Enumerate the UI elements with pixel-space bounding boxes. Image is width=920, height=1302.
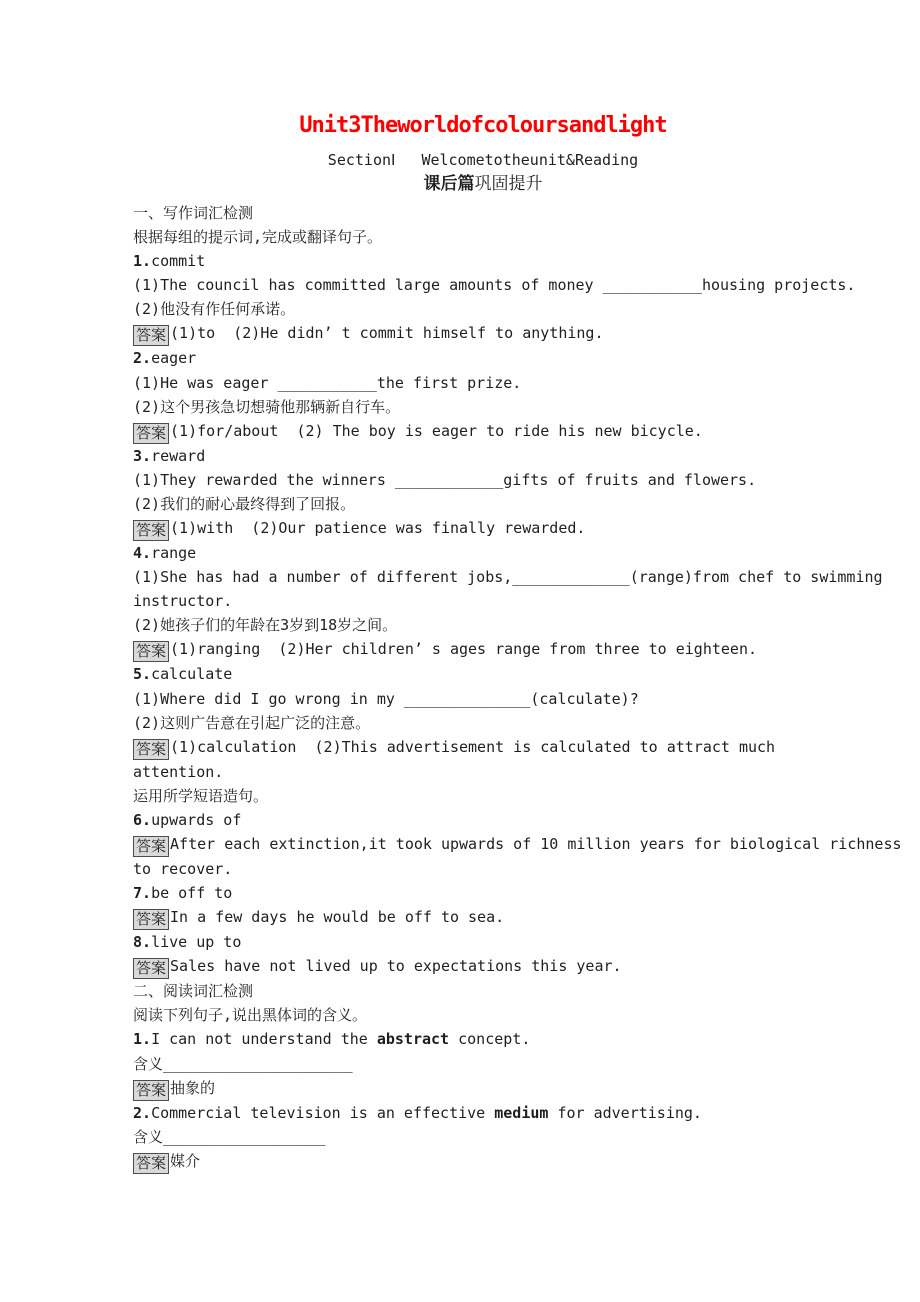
text-segment: (2)这则广告意在引起广泛的注意。 (133, 714, 370, 732)
subtitle: 课后篇巩固提升 (133, 172, 833, 197)
text-segment: (1)ranging (2)Her children’ s ages range… (170, 640, 757, 658)
document-line: (2)我们的耐心最终得到了回报。 (133, 492, 833, 516)
bold-text-segment: 2. (133, 1104, 151, 1122)
text-segment: I can not understand the (151, 1030, 377, 1048)
answer-badge: 答案 (133, 958, 169, 979)
text-segment: calculate (151, 665, 232, 683)
document-line: 2.Commercial television is an effective … (133, 1101, 833, 1125)
text-segment: (1)calculation (2)This advertisement is … (170, 738, 775, 756)
text-segment: (1)to (2)He didn’ t commit himself to an… (170, 324, 603, 342)
document-line: 1.commit (133, 249, 833, 273)
text-segment: 含义__________________ (133, 1128, 326, 1146)
document-line: 答案媒介 (133, 1149, 833, 1174)
document-body: 一、写作词汇检测根据每组的提示词,完成或翻译句子。1.commit(1)The … (133, 201, 833, 1174)
document-line: 含义__________________ (133, 1125, 833, 1149)
document-line: 答案(1)with (2)Our patience was finally re… (133, 516, 833, 541)
bold-text-segment: 2. (133, 349, 151, 367)
text-segment: 含义_____________________ (133, 1055, 353, 1073)
document-line: (1)She has had a number of different job… (133, 565, 833, 589)
bold-text-segment: medium (494, 1104, 548, 1122)
document-line: 答案(1)calculation (2)This advertisement i… (133, 735, 833, 760)
text-segment: Commercial television is an effective (151, 1104, 494, 1122)
document-line: 6.upwards of (133, 808, 833, 832)
text-segment: (2)这个男孩急切想骑他那辆新自行车。 (133, 398, 400, 416)
document-line: (1)They rewarded the winners ___________… (133, 468, 833, 492)
document-line: 运用所学短语造句。 (133, 784, 833, 808)
bold-text-segment: 1. (133, 252, 151, 270)
answer-badge: 答案 (133, 909, 169, 930)
answer-badge: 答案 (133, 739, 169, 760)
document-line: 阅读下列句子,说出黑体词的含义。 (133, 1003, 833, 1027)
bold-text-segment: 7. (133, 884, 151, 902)
text-segment: In a few days he would be off to sea. (170, 908, 504, 926)
document-line: 7.be off to (133, 881, 833, 905)
bold-text-segment: 8. (133, 933, 151, 951)
document-line: (2)这则广告意在引起广泛的注意。 (133, 711, 833, 735)
text-segment: (2)她孩子们的年龄在3岁到18岁之间。 (133, 616, 397, 634)
bold-text-segment: abstract (377, 1030, 449, 1048)
text-segment: (1)with (2)Our patience was finally rewa… (170, 519, 585, 537)
text-segment: (1)Where did I go wrong in my __________… (133, 690, 639, 708)
answer-badge: 答案 (133, 1080, 169, 1101)
document-line: 2.eager (133, 346, 833, 370)
text-segment: be off to (151, 884, 232, 902)
text-segment: instructor. (133, 592, 232, 610)
section-heading: SectionⅠWelcometotheunit&Reading (133, 148, 833, 172)
text-segment: (1)He was eager ___________the first pri… (133, 374, 521, 392)
document-line: 答案(1)for/about (2) The boy is eager to r… (133, 419, 833, 444)
text-segment: upwards of (151, 811, 241, 829)
text-segment: 阅读下列句子,说出黑体词的含义。 (133, 1006, 367, 1024)
bold-text-segment: 5. (133, 665, 151, 683)
answer-badge: 答案 (133, 1153, 169, 1174)
page-title: Unit3Theworldofcoloursandlight (133, 110, 833, 142)
document-line: (1)Where did I go wrong in my __________… (133, 687, 833, 711)
document-line: (2)他没有作任何承诺。 (133, 297, 833, 321)
text-segment: live up to (151, 933, 241, 951)
text-segment: (1)The council has committed large amoun… (133, 276, 855, 294)
text-segment: attention. (133, 763, 223, 781)
text-segment: 抽象的 (170, 1079, 215, 1097)
document-line: 二、阅读词汇检测 (133, 979, 833, 1003)
text-segment: (2)他没有作任何承诺。 (133, 300, 295, 318)
answer-badge: 答案 (133, 423, 169, 444)
document-line: 含义_____________________ (133, 1052, 833, 1076)
bold-text-segment: 3. (133, 447, 151, 465)
subtitle-bold-part: 课后篇 (424, 174, 475, 194)
answer-badge: 答案 (133, 325, 169, 346)
document-line: 一、写作词汇检测 (133, 201, 833, 225)
text-segment: to recover. (133, 860, 232, 878)
text-segment: (2)我们的耐心最终得到了回报。 (133, 495, 355, 513)
bold-text-segment: 4. (133, 544, 151, 562)
answer-badge: 答案 (133, 641, 169, 662)
document-line: (2)她孩子们的年龄在3岁到18岁之间。 (133, 613, 833, 637)
text-segment: (1)for/about (2) The boy is eager to rid… (170, 422, 703, 440)
text-segment: After each extinction,it took upwards of… (170, 835, 902, 853)
document-line: 3.reward (133, 444, 833, 468)
text-segment: commit (151, 252, 205, 270)
document-line: 8.live up to (133, 930, 833, 954)
document-line: 1.I can not understand the abstract conc… (133, 1027, 833, 1051)
text-segment: 运用所学短语造句。 (133, 787, 268, 805)
text-segment: 一、写作词汇检测 (133, 204, 253, 222)
text-segment: (1)She has had a number of different job… (133, 568, 883, 586)
document-line: to recover. (133, 857, 833, 881)
text-segment: 媒介 (170, 1152, 200, 1170)
text-segment: range (151, 544, 196, 562)
document-line: (1)He was eager ___________the first pri… (133, 371, 833, 395)
text-segment: concept. (449, 1030, 530, 1048)
subtitle-rest-part: 巩固提升 (475, 174, 543, 194)
bold-text-segment: 6. (133, 811, 151, 829)
document-line: instructor. (133, 589, 833, 613)
document-line: 5.calculate (133, 662, 833, 686)
document-line: 4.range (133, 541, 833, 565)
document-line: 根据每组的提示词,完成或翻译句子。 (133, 225, 833, 249)
section-title: Welcometotheunit&Reading (421, 151, 638, 169)
document-line: 答案(1)ranging (2)Her children’ s ages ran… (133, 637, 833, 662)
document-line: 答案After each extinction,it took upwards … (133, 832, 833, 857)
text-segment: Sales have not lived up to expectations … (170, 957, 622, 975)
text-segment: (1)They rewarded the winners ___________… (133, 471, 756, 489)
document-line: 答案抽象的 (133, 1076, 833, 1101)
document: Unit3Theworldofcoloursandlight SectionⅠW… (133, 110, 833, 1174)
answer-badge: 答案 (133, 520, 169, 541)
document-line: 答案(1)to (2)He didn’ t commit himself to … (133, 321, 833, 346)
text-segment: for advertising. (548, 1104, 702, 1122)
worksheet-page: Unit3Theworldofcoloursandlight SectionⅠW… (0, 0, 920, 1302)
bold-text-segment: 1. (133, 1030, 151, 1048)
text-segment: eager (151, 349, 196, 367)
document-line: 答案In a few days he would be off to sea. (133, 905, 833, 930)
answer-badge: 答案 (133, 836, 169, 857)
text-segment: 根据每组的提示词,完成或翻译句子。 (133, 228, 382, 246)
document-line: attention. (133, 760, 833, 784)
section-label: SectionⅠ (328, 151, 396, 169)
text-segment: reward (151, 447, 205, 465)
document-line: 答案Sales have not lived up to expectation… (133, 954, 833, 979)
document-line: (2)这个男孩急切想骑他那辆新自行车。 (133, 395, 833, 419)
document-line: (1)The council has committed large amoun… (133, 273, 833, 297)
text-segment: 二、阅读词汇检测 (133, 982, 253, 1000)
